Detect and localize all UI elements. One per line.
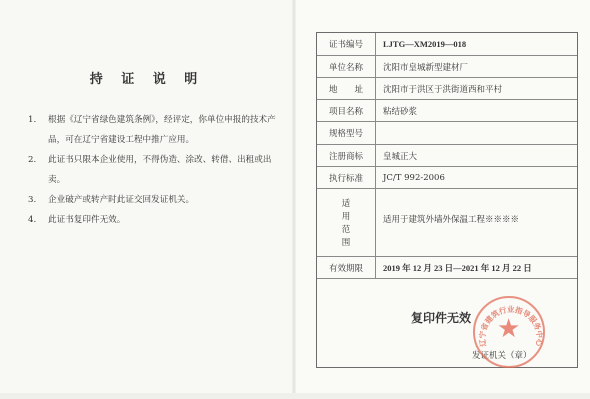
project-name-value: 粘结砂浆 xyxy=(383,100,573,121)
instructions-list: 1. 根据《辽宁省绿色建筑条例》，经评定，你单位申报的技术产品，可在辽宁省建设工… xyxy=(28,110,278,230)
list-item: 2. 此证书只限本企业使用，不得伪造、涂改、转借、出租或出卖。 xyxy=(28,150,278,190)
row-trademark: 注册商标 皇城正大 xyxy=(317,145,577,167)
star-icon: ★ xyxy=(497,316,520,342)
row-address: 地 址 沈阳市于洪区于洪街道西和平村 xyxy=(317,78,577,100)
row-label: 执行标准 xyxy=(317,167,376,188)
copy-invalid-notice: 复印件无效 xyxy=(411,309,471,326)
cert-number-value: LJTG—XM2019—018 xyxy=(383,33,573,55)
row-label-scope: 适 用 范 围 xyxy=(317,189,376,256)
row-label: 项目名称 xyxy=(317,100,376,121)
page-bottom-edge xyxy=(0,393,590,399)
validity-value: 2019 年 12 月 23 日—2021 年 12 月 22 日 xyxy=(383,257,573,278)
label-char: 适 xyxy=(342,197,351,209)
row-company-name: 单位名称 沈阳市皇城新型建材厂 xyxy=(317,56,577,78)
scope-value: 适用于建筑外墙外保温工程※※※※ xyxy=(383,189,573,256)
row-label: 注册商标 xyxy=(317,145,376,166)
page-title: 持 证 说 明 xyxy=(0,68,294,87)
item-number: 2. xyxy=(28,150,36,170)
standard-value: JC/T 992-2006 xyxy=(383,167,573,188)
label-char: 用 xyxy=(342,210,351,222)
row-label: 有效期限 xyxy=(317,257,376,278)
row-spec-model: 规格型号 xyxy=(317,122,577,145)
row-validity: 有效期限 2019 年 12 月 23 日—2021 年 12 月 22 日 xyxy=(317,257,577,279)
address-value: 沈阳市于洪区于洪街道西和平村 xyxy=(383,78,573,99)
row-label: 证书编号 xyxy=(317,33,376,55)
item-number: 1. xyxy=(28,110,36,130)
row-label: 单位名称 xyxy=(317,56,376,77)
row-standard: 执行标准 JC/T 992-2006 xyxy=(317,167,577,189)
row-project-name: 项目名称 粘结砂浆 xyxy=(317,100,577,122)
item-text: 企业破产或转产时此证交回发证机关。 xyxy=(48,195,194,205)
label-char: 围 xyxy=(342,236,351,248)
company-name-value: 沈阳市皇城新型建材厂 xyxy=(383,56,573,77)
row-scope: 适 用 范 围 适用于建筑外墙外保温工程※※※※ xyxy=(317,189,577,257)
spec-model-value xyxy=(383,122,573,144)
item-text: 根据《辽宁省绿色建筑条例》，经评定，你单位申报的技术产品，可在辽宁省建设工程中推… xyxy=(48,115,276,145)
trademark-value: 皇城正大 xyxy=(383,145,573,166)
row-cert-number: 证书编号 LJTG—XM2019—018 xyxy=(317,33,577,56)
row-label: 规格型号 xyxy=(317,122,376,144)
official-seal: 辽宁省建筑行业指导服务中心 ★ xyxy=(473,296,545,368)
item-number: 4. xyxy=(28,210,36,230)
label-char: 范 xyxy=(342,223,351,235)
item-number: 3. xyxy=(28,190,36,210)
row-label: 地 址 xyxy=(317,78,376,99)
list-item: 3. 企业破产或转产时此证交回发证机关。 xyxy=(28,190,278,210)
left-page: 持 证 说 明 1. 根据《辽宁省绿色建筑条例》，经评定，你单位申报的技术产品，… xyxy=(0,0,294,399)
item-text: 此证书复印件无效。 xyxy=(48,215,125,225)
list-item: 4. 此证书复印件无效。 xyxy=(28,210,278,230)
list-item: 1. 根据《辽宁省绿色建筑条例》，经评定，你单位申报的技术产品，可在辽宁省建设工… xyxy=(28,110,278,150)
item-text: 此证书只限本企业使用，不得伪造、涂改、转借、出租或出卖。 xyxy=(48,155,271,185)
